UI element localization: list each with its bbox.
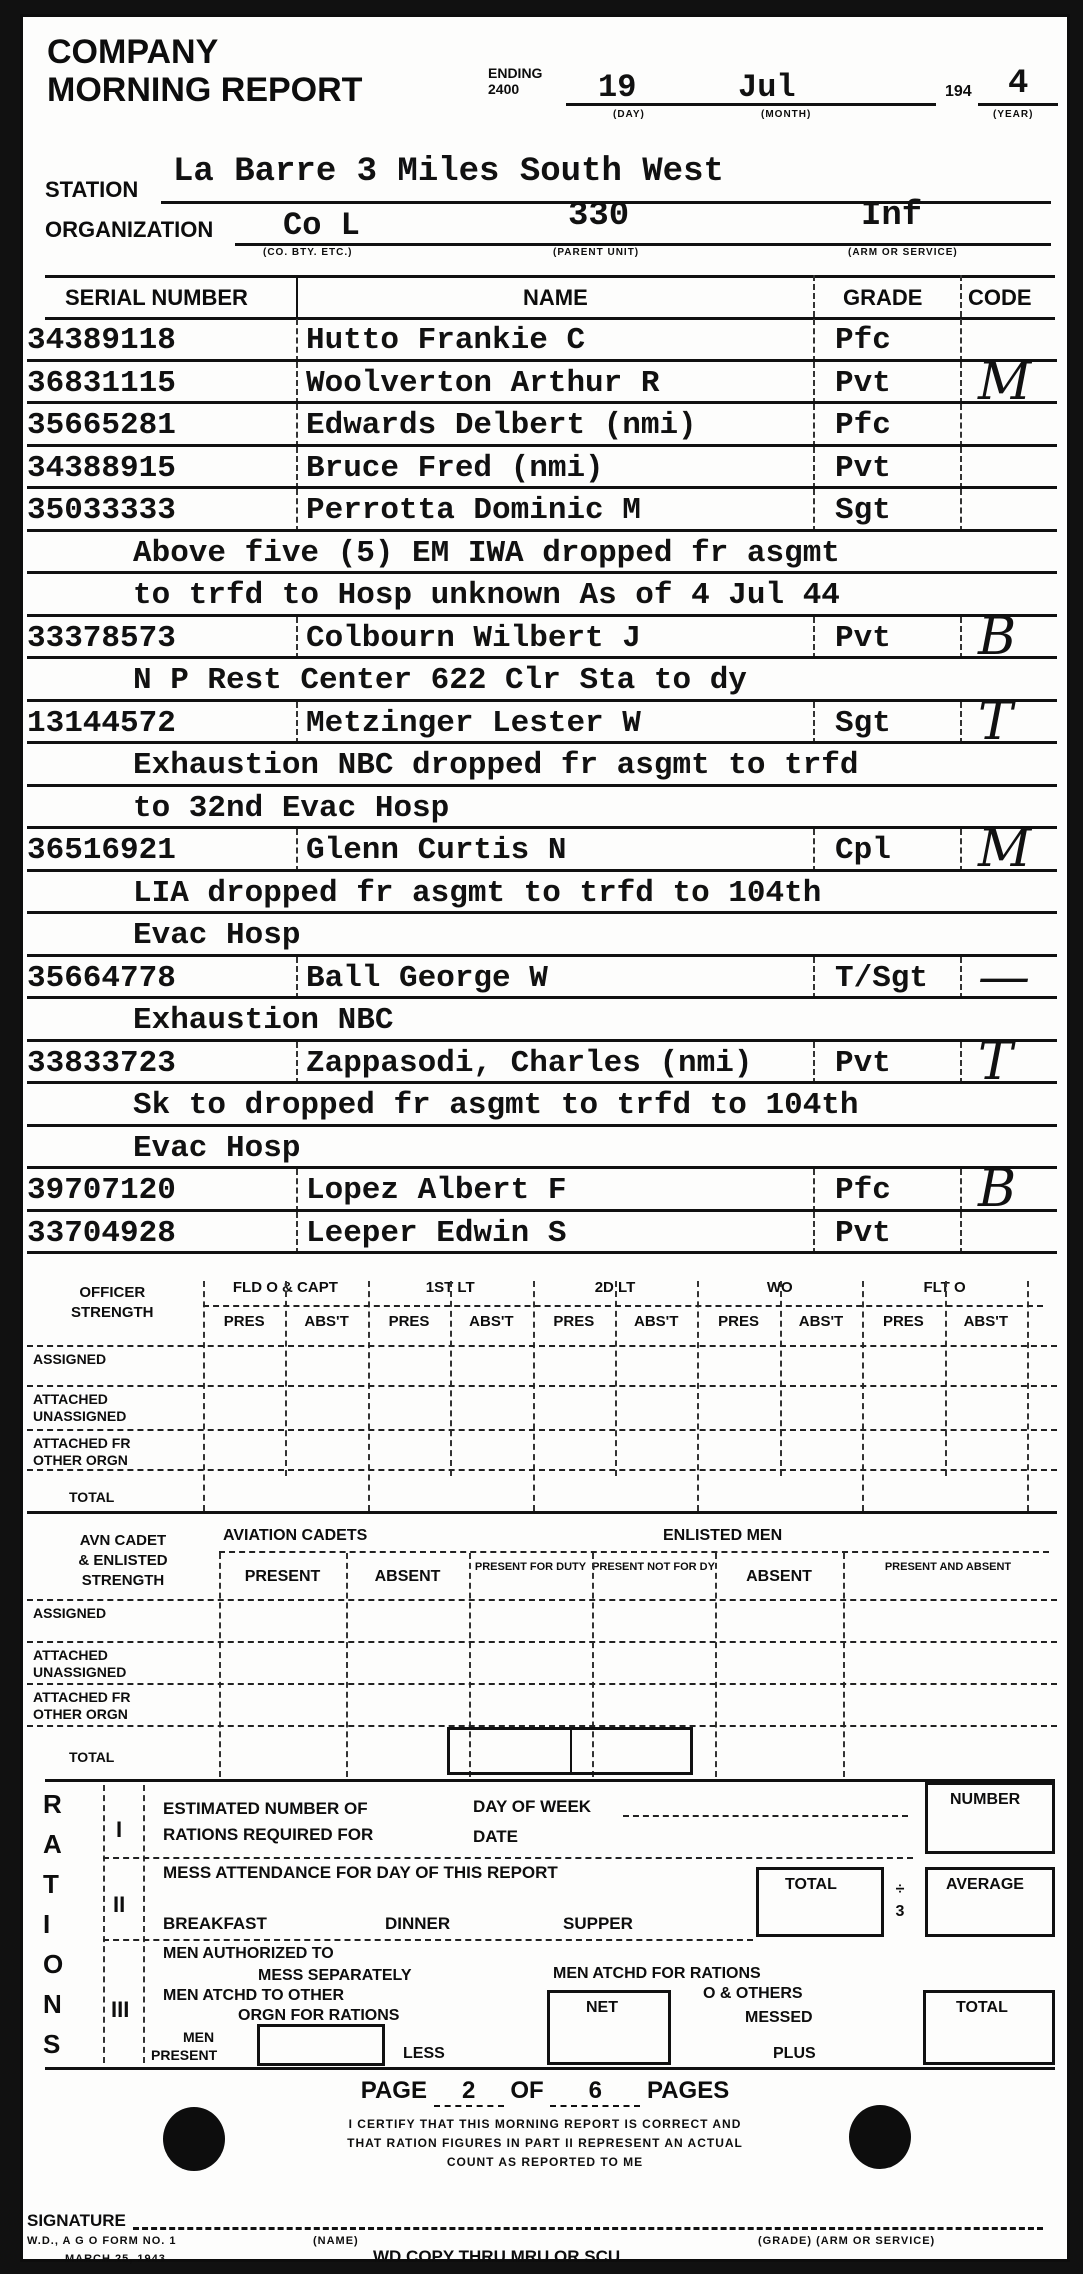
officer-count-cell[interactable] [782,1348,860,1384]
officer-count-cell[interactable] [287,1348,365,1384]
officer-subcol-header: ABS'T [780,1313,862,1330]
soldier-grade[interactable]: Cpl [835,833,891,868]
officer-subcol-header: ABS'T [285,1313,367,1330]
officer-subcol-header: ABS'T [945,1313,1027,1330]
enlisted-count-cell[interactable] [348,1602,467,1638]
report-day[interactable]: 19 [598,69,636,106]
organization-parent-unit[interactable]: 330 [568,197,629,235]
rations-letter: T [43,1869,59,1900]
remark-text[interactable]: Sk to dropped fr asgmt to trfd to 104th [133,1088,859,1123]
serial-number[interactable]: 33704928 [27,1216,176,1251]
serial-number[interactable]: 35665281 [27,408,176,443]
remark-text[interactable]: Above five (5) EM IWA dropped fr asgmt [133,536,840,571]
part-1-line-2: RATIONS REQUIRED FOR [163,1825,373,1845]
officer-count-cell[interactable] [617,1348,695,1384]
enlisted-col-header: PRESENT AND ABSENT [843,1559,1053,1575]
serial-number[interactable]: 39707120 [27,1173,176,1208]
net-box-label: NET [586,1999,618,2017]
roster-row: 39707120Lopez Albert FPfcB [23,1169,1067,1212]
roster-row: 33704928Leeper Edwin SPvt [23,1212,1067,1255]
soldier-grade[interactable]: Pvt [835,451,891,486]
parent-unit-caption: (PARENT UNIT) [553,247,639,258]
rations-total-box[interactable]: TOTAL [923,1990,1055,2065]
serial-number[interactable]: 13144572 [27,706,176,741]
title-line-1: COMPANY [47,33,362,71]
enlisted-count-cell[interactable] [594,1644,713,1680]
soldier-name[interactable]: Hutto Frankie C [306,323,585,358]
officer-count-cell[interactable] [205,1472,283,1508]
men-authorized-label-2: MESS SEPARATELY [258,1967,412,1985]
officer-count-cell[interactable] [205,1348,283,1384]
page-counter: PAGE 2 OF 6 PAGES [23,2077,1067,2107]
soldier-grade[interactable]: Pvt [835,1046,891,1081]
organization-label: ORGANIZATION [45,217,213,243]
officer-subcol-header: PRES [533,1313,615,1330]
plus-label: PLUS [773,2045,816,2063]
total-attendance-box[interactable]: TOTAL [756,1867,884,1937]
serial-number[interactable]: 35664778 [27,961,176,996]
rations-total-label: TOTAL [956,1999,1008,2017]
officer-count-cell[interactable] [370,1432,448,1468]
soldier-grade[interactable]: T/Sgt [835,961,928,996]
officer-count-cell[interactable] [535,1388,613,1428]
enlisted-row-label: TOTAL [33,1749,179,1766]
officer-count-cell[interactable] [452,1472,530,1508]
officer-count-cell[interactable] [535,1348,613,1384]
enlisted-col-header: ABSENT [715,1569,843,1585]
officer-count-cell[interactable] [452,1432,530,1468]
soldier-grade[interactable]: Pfc [835,408,891,443]
officer-count-cell[interactable] [535,1432,613,1468]
remark-text[interactable]: N P Rest Center 622 Clr Sta to dy [133,663,747,698]
officer-count-cell[interactable] [699,1472,777,1508]
officer-count-cell[interactable] [782,1472,860,1508]
serial-number[interactable]: 36831115 [27,366,176,401]
certify-line-1: I CERTIFY THAT THIS MORNING REPORT IS CO… [23,2115,1067,2134]
certify-line-3: COUNT AS REPORTED TO ME [23,2153,1067,2172]
average-box[interactable]: AVERAGE [925,1867,1055,1937]
officer-count-cell[interactable] [452,1348,530,1384]
remark-text[interactable]: to 32nd Evac Hosp [133,791,449,826]
officer-count-cell[interactable] [947,1388,1025,1428]
others-messed-2: MESSED [745,2009,813,2027]
col-name: NAME [523,285,588,311]
certify-line-2: THAT RATION FIGURES IN PART II REPRESENT… [23,2134,1067,2153]
enlisted-row-label: ATTACHED FR OTHER ORGN [33,1689,143,1723]
net-box[interactable]: NET [547,1990,671,2065]
part-2-numeral: II [113,1892,125,1918]
soldier-name[interactable]: Edwards Delbert (nmi) [306,408,697,443]
day-caption: (DAY) [613,109,645,120]
officer-subcol-header: PRES [203,1313,285,1330]
month-caption: (MONTH) [761,109,811,120]
remark-text[interactable]: Evac Hosp [133,1131,300,1166]
officer-subcol-header: ABS'T [615,1313,697,1330]
total-pages[interactable]: 6 [550,2077,640,2107]
men-atchd-for-rations: MEN ATCHD FOR RATIONS [553,1965,761,1983]
officer-count-cell[interactable] [287,1432,365,1468]
soldier-name[interactable]: Woolverton Arthur R [306,366,659,401]
men-present-box[interactable] [257,2024,385,2066]
officer-count-cell[interactable] [699,1388,777,1428]
enlisted-men-header: ENLISTED MEN [663,1527,782,1545]
serial-number[interactable]: 35033333 [27,493,176,528]
soldier-grade[interactable]: Pfc [835,1173,891,1208]
col-grade: GRADE [843,285,922,311]
officer-count-cell[interactable] [287,1388,365,1428]
officer-count-cell[interactable] [864,1388,942,1428]
supper-label: SUPPER [563,1914,633,1934]
name-caption: (NAME) [313,2235,359,2247]
roster-remark-row: to 32nd Evac Hosp [23,787,1067,830]
roster-row: 33833723Zappasodi, Charles (nmi)PvtT [23,1042,1067,1085]
roster-remark-row: Sk to dropped fr asgmt to trfd to 104th [23,1084,1067,1127]
officer-subcol-header: PRES [862,1313,944,1330]
copy-note: WD COPY THRU MRU OR SCU [373,2247,620,2267]
officer-subcol-header: PRES [368,1313,450,1330]
rations-letter: I [43,1909,50,1940]
page-label: PAGE [361,2077,427,2104]
enlisted-row-label: ASSIGNED [33,1605,143,1622]
rations-letter: R [43,1789,62,1820]
enlisted-count-cell[interactable] [845,1602,1051,1638]
enlisted-count-cell[interactable] [221,1602,344,1638]
ending-label-2: 2400 [488,81,542,97]
rations-letter: A [43,1829,62,1860]
officer-count-cell[interactable] [617,1388,695,1428]
arm-caption: (ARM OR SERVICE) [848,247,958,258]
serial-number[interactable]: 36516921 [27,833,176,868]
men-present-2: PRESENT [151,2047,217,2063]
officer-count-cell[interactable] [864,1432,942,1468]
roster-row: 36831115Woolverton Arthur RPvtM [23,362,1067,405]
enlisted-count-cell[interactable] [594,1602,713,1638]
enlisted-count-cell[interactable] [221,1686,344,1722]
certification-text: I CERTIFY THAT THIS MORNING REPORT IS CO… [23,2115,1067,2172]
enlisted-col-header: ABSENT [346,1569,469,1585]
enlisted-title-2: & ENLISTED [53,1551,193,1571]
enlisted-count-cell[interactable] [348,1644,467,1680]
enlisted-count-cell[interactable] [717,1686,841,1722]
roster-remark-row: to trfd to Hosp unknown As of 4 Jul 44 [23,574,1067,617]
serial-number[interactable]: 34389118 [27,323,176,358]
officer-row-label: ASSIGNED [33,1351,133,1368]
year-prefix: 194 [945,83,972,101]
roster-remark-row: N P Rest Center 622 Clr Sta to dy [23,659,1067,702]
officer-count-cell[interactable] [205,1388,283,1428]
remark-text[interactable]: Exhaustion NBC [133,1003,393,1038]
average-box-label: AVERAGE [946,1876,1024,1894]
soldier-name[interactable]: Metzinger Lester W [306,706,641,741]
officer-count-cell[interactable] [617,1432,695,1468]
officer-count-cell[interactable] [947,1472,1025,1508]
soldier-name[interactable]: Glenn Curtis N [306,833,566,868]
breakfast-label: BREAKFAST [163,1914,267,1934]
roster-row: 33378573Colbourn Wilbert JPvtB [23,617,1067,660]
officer-count-cell[interactable] [864,1348,942,1384]
enlisted-count-cell[interactable] [717,1644,841,1680]
enlisted-count-cell[interactable] [717,1602,841,1638]
officer-row-label: ATTACHED FR OTHER ORGN [33,1435,133,1469]
officer-count-cell[interactable] [205,1432,283,1468]
enlisted-count-cell[interactable] [594,1686,713,1722]
rations-letter: O [43,1949,63,1980]
officer-count-cell[interactable] [370,1348,448,1384]
total-box-label: TOTAL [785,1876,837,1894]
col-code: CODE [968,285,1032,311]
officer-count-cell[interactable] [864,1472,942,1508]
soldier-name[interactable]: Bruce Fred (nmi) [306,451,604,486]
officer-row-label: TOTAL [33,1489,169,1506]
officer-count-cell[interactable] [452,1388,530,1428]
soldier-name[interactable]: Zappasodi, Charles (nmi) [306,1046,752,1081]
enlisted-count-cell[interactable] [221,1644,344,1680]
officer-title-2: STRENGTH [71,1303,154,1323]
page-number[interactable]: 2 [434,2077,504,2107]
soldier-name[interactable]: Perrotta Dominic M [306,493,641,528]
form-number: W.D., A G O FORM NO. 1 [27,2235,177,2247]
men-authorized-label-1: MEN AUTHORIZED TO [163,1945,334,1963]
grade-caption: (GRADE) (ARM OR SERVICE) [758,2235,935,2247]
enlisted-col-header: PRESENT NOT FOR DY [592,1559,715,1575]
divide-by-three: ÷ 3 [891,1879,909,1923]
remark-text[interactable]: Evac Hosp [133,918,300,953]
report-year-digit[interactable]: 4 [1008,65,1028,103]
title-line-2: MORNING REPORT [47,71,362,109]
aviation-cadets-header: AVIATION CADETS [223,1527,367,1545]
officer-count-cell[interactable] [947,1432,1025,1468]
company-caption: (CO. BTY. ETC.) [263,247,352,258]
date-label: DATE [473,1827,518,1847]
part-1-numeral: I [116,1817,122,1843]
roster-remark-row: Exhaustion NBC [23,999,1067,1042]
others-messed-1: O & OTHERS [703,1985,803,2003]
soldier-name[interactable]: Lopez Albert F [306,1173,566,1208]
enlisted-col-header: PRESENT FOR DUTY [469,1559,592,1575]
number-box[interactable]: NUMBER [925,1782,1055,1854]
officer-title-1: OFFICER [71,1283,154,1303]
roster-row: 35664778Ball George WT/Sgt— [23,957,1067,1000]
officer-count-cell[interactable] [699,1432,777,1468]
soldier-grade[interactable]: Pvt [835,1216,891,1251]
signature-line[interactable] [133,2227,1043,2230]
soldier-name[interactable]: Ball George W [306,961,548,996]
roster-row: 34389118Hutto Frankie CPfc [23,319,1067,362]
enlisted-row-label: ATTACHED UNASSIGNED [33,1647,143,1681]
enlisted-count-cell[interactable] [845,1686,1051,1722]
enlisted-strength-title: AVN CADET & ENLISTED STRENGTH [53,1531,193,1591]
morning-report-form: COMPANY MORNING REPORT ENDING 2400 19 Ju… [20,14,1070,2262]
officer-count-cell[interactable] [782,1388,860,1428]
part-2-title: MESS ATTENDANCE FOR DAY OF THIS REPORT [163,1863,558,1883]
soldier-grade[interactable]: Pvt [835,366,891,401]
form-date: MARCH 25, 1943 [65,2253,166,2265]
roster-row: 35033333Perrotta Dominic MSgt [23,489,1067,532]
men-atchd-other-2: ORGN FOR RATIONS [238,2007,399,2025]
dinner-label: DINNER [385,1914,450,1934]
officer-count-cell[interactable] [782,1432,860,1468]
roster-row: 35665281Edwards Delbert (nmi)Pfc [23,404,1067,447]
part-3-numeral: III [111,1997,129,2023]
officer-count-cell[interactable] [617,1472,695,1508]
less-label: LESS [403,2045,445,2063]
year-caption: (YEAR) [993,109,1033,120]
officer-subcol-header: PRES [697,1313,779,1330]
roster-remark-row: LIA dropped fr asgmt to trfd to 104th [23,872,1067,915]
men-atchd-other-1: MEN ATCHD TO OTHER [163,1987,344,2005]
station-label: STATION [45,177,138,203]
enlisted-count-cell[interactable] [717,1728,841,1764]
serial-number[interactable]: 33378573 [27,621,176,656]
report-month[interactable]: Jul [738,69,796,106]
officer-strength-title: OFFICER STRENGTH [71,1283,154,1323]
enlisted-col-header: PRESENT [219,1569,346,1585]
enlisted-title-3: STRENGTH [53,1571,193,1591]
officer-count-cell[interactable] [947,1348,1025,1384]
ending-label-1: ENDING [488,65,542,81]
remark-text[interactable]: to trfd to Hosp unknown As of 4 Jul 44 [133,578,840,613]
serial-number[interactable]: 33833723 [27,1046,176,1081]
enlisted-count-cell[interactable] [845,1644,1051,1680]
ending-label: ENDING 2400 [488,65,542,97]
enlisted-count-cell[interactable] [471,1602,590,1638]
soldier-grade[interactable]: Pfc [835,323,891,358]
form-title: COMPANY MORNING REPORT [47,33,362,109]
soldier-name[interactable]: Leeper Edwin S [306,1216,566,1251]
men-present-1: MEN [183,2029,214,2045]
signature-label: SIGNATURE [27,2211,126,2231]
roster-remark-row: Evac Hosp [23,914,1067,957]
soldier-grade[interactable]: Pvt [835,621,891,656]
rations-letter: S [43,2029,60,2060]
officer-row-label: ATTACHED UNASSIGNED [33,1391,133,1425]
pages-label: PAGES [647,2077,729,2104]
col-serial-number: SERIAL NUMBER [65,285,248,311]
officer-count-cell[interactable] [370,1472,448,1508]
organization-company[interactable]: Co L [283,207,360,244]
soldier-name[interactable]: Colbourn Wilbert J [306,621,641,656]
soldier-grade[interactable]: Sgt [835,706,891,741]
rations-letter: N [43,1989,62,2020]
officer-subcol-header: ABS'T [450,1313,532,1330]
of-label: OF [510,2077,543,2104]
officer-count-cell[interactable] [370,1388,448,1428]
number-box-label: NUMBER [950,1791,1020,1809]
officer-count-cell[interactable] [287,1472,365,1508]
officer-count-cell[interactable] [699,1348,777,1384]
roster-remark-row: Above five (5) EM IWA dropped fr asgmt [23,532,1067,575]
soldier-grade[interactable]: Sgt [835,493,891,528]
enlisted-count-cell[interactable] [348,1686,467,1722]
station-value[interactable]: La Barre 3 Miles South West [173,153,724,191]
roster-row: 34388915Bruce Fred (nmi)Pvt [23,447,1067,490]
day-of-week-label: DAY OF WEEK [473,1797,591,1817]
roster-remark-row: Exhaustion NBC dropped fr asgmt to trfd [23,744,1067,787]
remark-text[interactable]: LIA dropped fr asgmt to trfd to 104th [133,876,821,911]
enlisted-count-cell[interactable] [471,1644,590,1680]
enlisted-count-cell[interactable] [845,1728,1051,1764]
part-1-line-1: ESTIMATED NUMBER OF [163,1799,368,1819]
enlisted-count-cell[interactable] [221,1728,344,1764]
enlisted-title-1: AVN CADET [53,1531,193,1551]
remark-text[interactable]: Exhaustion NBC dropped fr asgmt to trfd [133,748,859,783]
roster-remark-row: Evac Hosp [23,1127,1067,1170]
roster-row: 13144572Metzinger Lester WSgtT [23,702,1067,745]
organization-arm[interactable]: Inf [861,197,922,235]
enlisted-count-cell[interactable] [471,1686,590,1722]
serial-number[interactable]: 34388915 [27,451,176,486]
roster-row: 36516921Glenn Curtis NCplM [23,829,1067,872]
officer-count-cell[interactable] [535,1472,613,1508]
